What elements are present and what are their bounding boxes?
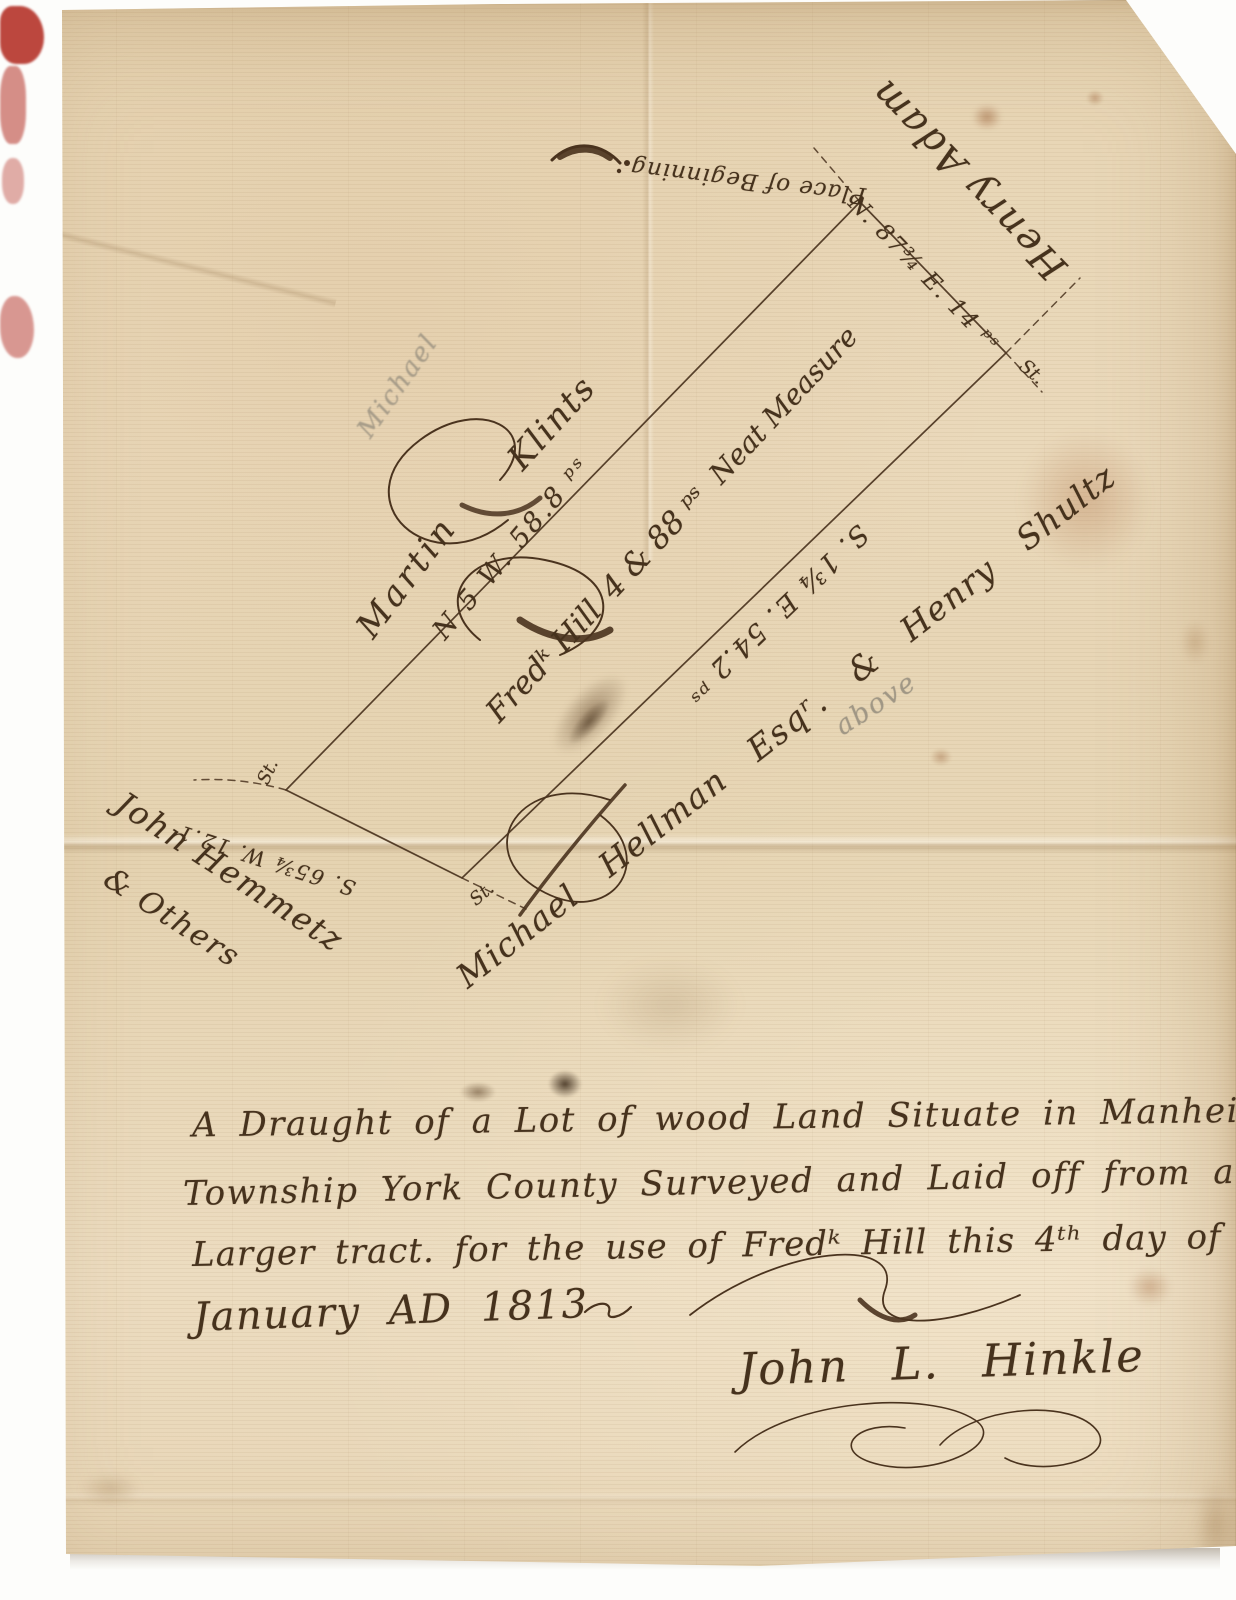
red-edge-mark	[0, 6, 44, 64]
calligraphic-flourish	[585, 1304, 631, 1317]
red-edge-mark	[0, 66, 26, 144]
red-edge-mark	[0, 296, 34, 358]
scanned-survey-document: Place of Beginning Henry Adam N. 87¾ E. …	[0, 0, 1236, 1600]
red-edge-mark	[2, 158, 24, 204]
paper-sheet: Place of Beginning Henry Adam N. 87¾ E. …	[0, 0, 1236, 1600]
signature-flourish-lower	[735, 1403, 984, 1468]
